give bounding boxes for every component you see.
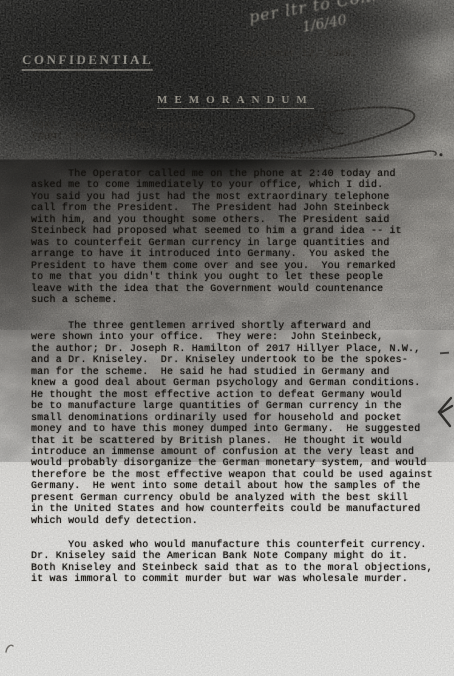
- signature-scribble-icon: [249, 99, 447, 167]
- paragraph-3: You asked who would manufacture this cou…: [31, 540, 433, 586]
- recipient-sender-block: FOR: Secretary Morgenthau FROM: Mr. Gast…: [32, 121, 199, 144]
- margin-mark-icon: [436, 396, 454, 430]
- date-line: September 12, 1940.: [240, 49, 357, 60]
- pen-mark-icon: [5, 642, 17, 654]
- paragraph-1: The Operator called me on the phone at 2…: [31, 169, 402, 306]
- memo-page: per ltr to Conn 1/6/40 CONFIDENTIAL Sept…: [0, 0, 454, 676]
- confidential-stamp: CONFIDENTIAL: [22, 52, 154, 71]
- paragraph-2: The three gentlemen arrived shortly afte…: [31, 321, 433, 527]
